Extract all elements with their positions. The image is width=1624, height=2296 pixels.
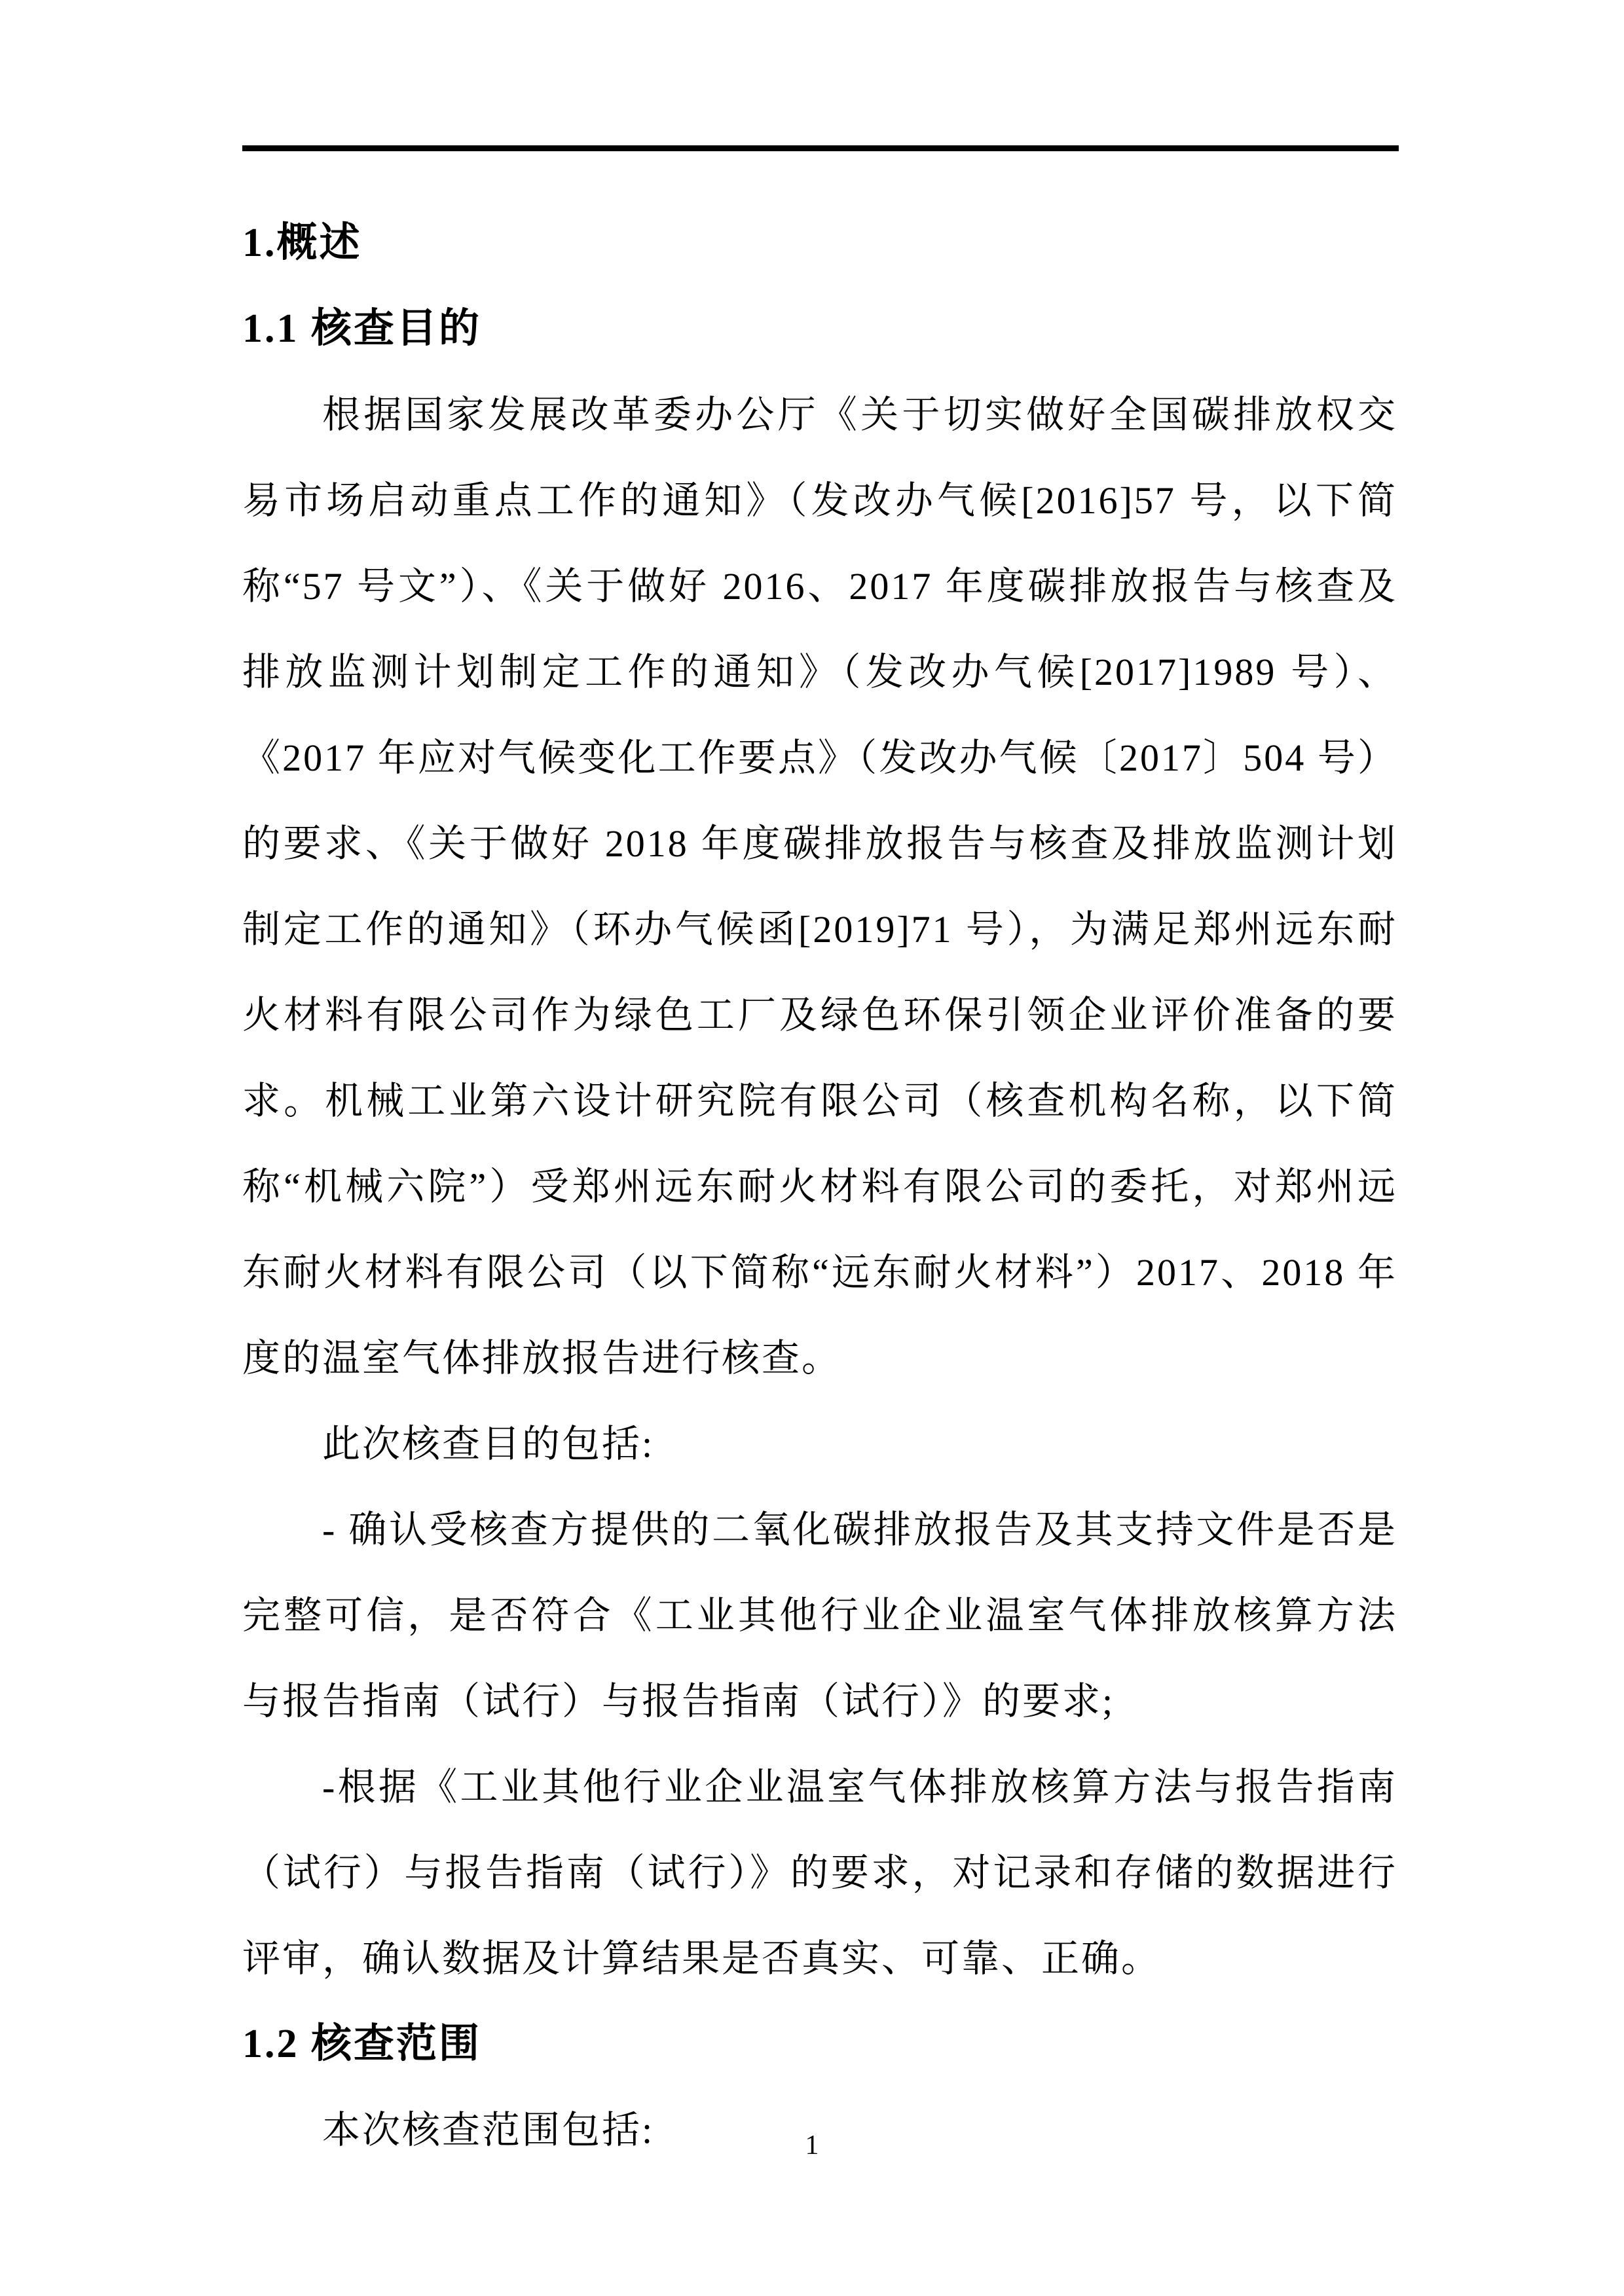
paragraph-purpose-item-1: - 确认受核查方提供的二氧化碳排放报告及其支持文件是否是完整可信，是否符合《工业… [242,1487,1397,1744]
subsection-heading-verification-scope: 1.2 核查范围 [242,2001,1397,2087]
page-number: 1 [805,2130,819,2160]
subsection-heading-verification-purpose: 1.1 核查目的 [242,286,1397,372]
header-rule [242,145,1399,151]
paragraph-verification-basis: 根据国家发展改革委办公厅《关于切实做好全国碳排放权交易市场启动重点工作的通知》（… [242,372,1397,1401]
section-heading-overview: 1.概述 [242,200,1397,286]
document-page: 1.概述 1.1 核查目的 根据国家发展改革委办公厅《关于切实做好全国碳排放权交… [0,0,1624,2296]
paragraph-purpose-intro: 此次核查目的包括: [242,1401,1397,1487]
document-content: 1.概述 1.1 核查目的 根据国家发展改革委办公厅《关于切实做好全国碳排放权交… [242,200,1397,2173]
page-footer: 1 [0,2129,1624,2162]
paragraph-purpose-item-2: -根据《工业其他行业企业温室气体排放核算方法与报告指南（试行）与报告指南（试行）… [242,1744,1397,2001]
